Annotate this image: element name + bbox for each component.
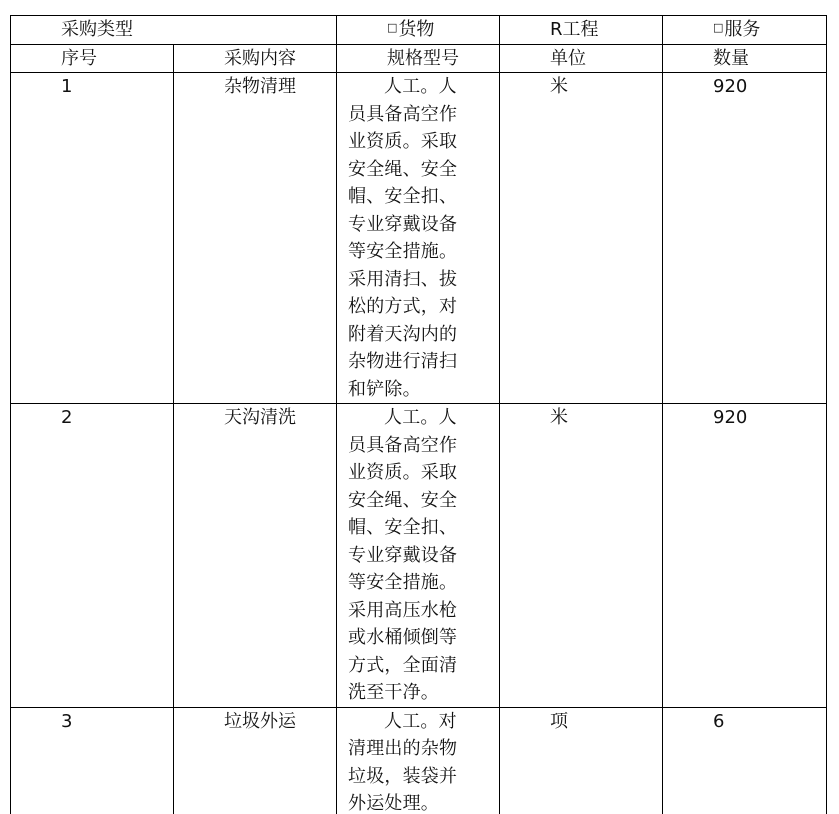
option-services-label: 服务 bbox=[724, 19, 760, 40]
cell-no: 2 bbox=[11, 404, 174, 708]
table-row: 3 垃圾外运 人工。对 清理出的杂物 垃圾，装袋并 外运处理。 项 6 bbox=[11, 707, 827, 814]
spec-line: 采用清扫、拔 bbox=[348, 266, 493, 294]
spec-line: 安全绳、安全 bbox=[348, 156, 493, 184]
table-row: 1 杂物清理 人工。人 员具备高空作 业资质。采取 安全绳、安全 帽、安全扣、 … bbox=[11, 73, 827, 404]
checkbox-unchecked-icon[interactable]: □ bbox=[387, 16, 397, 42]
cell-unit: 米 bbox=[500, 404, 663, 708]
option-engineering-label: 工程 bbox=[563, 19, 599, 40]
spec-line: 人工。人 bbox=[348, 73, 493, 101]
spec-line: 附着天沟内的 bbox=[348, 321, 493, 349]
cell-qty: 920 bbox=[663, 73, 827, 404]
spec-line: 采用高压水枪 bbox=[348, 597, 493, 625]
procurement-type-row: 采购类型 □货物 R工程 □服务 bbox=[11, 16, 827, 45]
option-services[interactable]: □服务 bbox=[663, 16, 827, 45]
spec-line: 安全绳、安全 bbox=[348, 487, 493, 515]
spec-line: 专业穿戴设备 bbox=[348, 211, 493, 239]
spec-line: 杂物进行清扫 bbox=[348, 348, 493, 376]
cell-qty: 920 bbox=[663, 404, 827, 708]
cell-content: 杂物清理 bbox=[174, 73, 337, 404]
cell-spec: 人工。人 员具备高空作 业资质。采取 安全绳、安全 帽、安全扣、 专业穿戴设备 … bbox=[337, 73, 500, 404]
checkbox-unchecked-icon[interactable]: □ bbox=[713, 16, 723, 42]
procurement-table: 采购类型 □货物 R工程 □服务 序号 采购内容 规格型号 单位 数量 1 杂物… bbox=[10, 15, 827, 814]
header-row: 序号 采购内容 规格型号 单位 数量 bbox=[11, 44, 827, 73]
header-qty: 数量 bbox=[663, 44, 827, 73]
spec-line: 专业穿戴设备 bbox=[348, 542, 493, 570]
spec-line: 员具备高空作 bbox=[348, 101, 493, 129]
spec-line: 外运处理。 bbox=[348, 790, 493, 814]
header-spec: 规格型号 bbox=[337, 44, 500, 73]
spec-line: 洗至干净。 bbox=[348, 679, 493, 707]
spec-line: 业资质。采取 bbox=[348, 459, 493, 487]
spec-line: 垃圾，装袋并 bbox=[348, 763, 493, 791]
spec-line: 方式，全面清 bbox=[348, 652, 493, 680]
spec-line: 业资质。采取 bbox=[348, 128, 493, 156]
header-content: 采购内容 bbox=[174, 44, 337, 73]
cell-unit: 米 bbox=[500, 73, 663, 404]
spec-line: 人工。对 bbox=[348, 708, 493, 736]
spec-line: 等安全措施。 bbox=[348, 569, 493, 597]
cell-spec: 人工。人 员具备高空作 业资质。采取 安全绳、安全 帽、安全扣、 专业穿戴设备 … bbox=[337, 404, 500, 708]
spec-line: 等安全措施。 bbox=[348, 238, 493, 266]
spec-line: 清理出的杂物 bbox=[348, 735, 493, 763]
spec-line: 人工。人 bbox=[348, 404, 493, 432]
cell-unit: 项 bbox=[500, 707, 663, 814]
cell-spec: 人工。对 清理出的杂物 垃圾，装袋并 外运处理。 bbox=[337, 707, 500, 814]
cell-content: 天沟清洗 bbox=[174, 404, 337, 708]
cell-no: 1 bbox=[11, 73, 174, 404]
spec-line: 帽、安全扣、 bbox=[348, 183, 493, 211]
header-unit: 单位 bbox=[500, 44, 663, 73]
spec-line: 帽、安全扣、 bbox=[348, 514, 493, 542]
table-row: 2 天沟清洗 人工。人 员具备高空作 业资质。采取 安全绳、安全 帽、安全扣、 … bbox=[11, 404, 827, 708]
cell-content: 垃圾外运 bbox=[174, 707, 337, 814]
spec-line: 员具备高空作 bbox=[348, 432, 493, 460]
cell-qty: 6 bbox=[663, 707, 827, 814]
spec-line: 或水桶倾倒等 bbox=[348, 624, 493, 652]
cell-no: 3 bbox=[11, 707, 174, 814]
option-engineering[interactable]: R工程 bbox=[500, 16, 663, 45]
header-no: 序号 bbox=[11, 44, 174, 73]
procurement-type-label: 采购类型 bbox=[11, 16, 337, 45]
spec-line: 松的方式，对 bbox=[348, 293, 493, 321]
spec-line: 和铲除。 bbox=[348, 376, 493, 404]
checkbox-checked-icon[interactable]: R bbox=[550, 19, 563, 40]
option-goods[interactable]: □货物 bbox=[337, 16, 500, 45]
option-goods-label: 货物 bbox=[398, 19, 434, 40]
